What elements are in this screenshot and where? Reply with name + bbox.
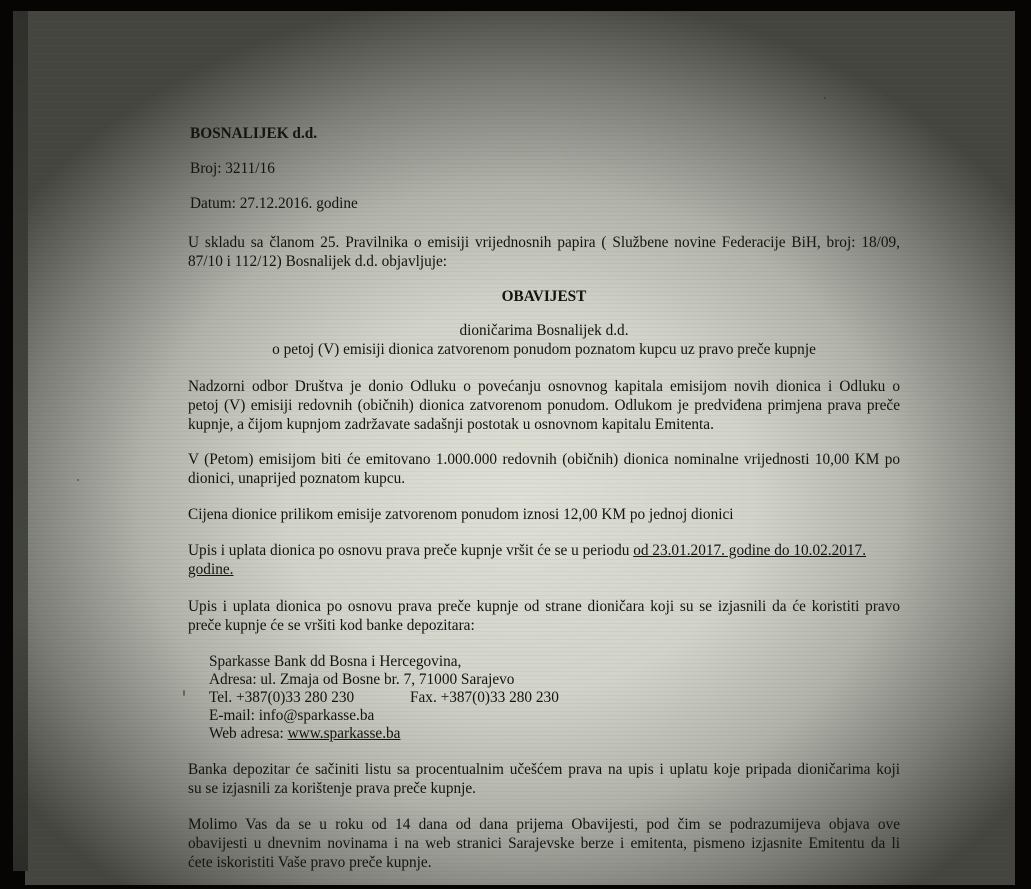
paragraph-1-line-2: petoj (V) emisiji redovnih (običnih) dio… bbox=[188, 396, 900, 415]
document-title: OBAVIJEST bbox=[188, 287, 900, 306]
paper-speck bbox=[77, 479, 79, 481]
paragraph-7-line-3: ćete iskoristiti Vaše pravo preče kupnje… bbox=[188, 853, 432, 872]
paper-speck bbox=[824, 97, 826, 99]
subtitle-line-1: dioničarima Bosnalijek d.d. bbox=[188, 321, 900, 340]
paragraph-3: Cijena dionice prilikom emisije zatvoren… bbox=[188, 505, 734, 524]
paragraph-4-line-1: Upis i uplata dionica po osnovu prava pr… bbox=[188, 541, 866, 560]
paper-speck bbox=[183, 690, 185, 696]
paragraph-7-line-2: obavijesti u dnevnim novinama i na web s… bbox=[188, 834, 900, 853]
bank-phone: Tel. +387(0)33 280 230 bbox=[209, 688, 354, 707]
intro-line-1: U skladu sa članom 25. Pravilnika o emis… bbox=[188, 233, 900, 252]
bank-web-label: Web adresa: bbox=[209, 725, 288, 742]
paragraph-5-line-1: Upis i uplata dionica po osnovu prava pr… bbox=[188, 597, 900, 616]
photo-frame: BOSNALIJEK d.d. Broj: 3211/16 Datum: 27.… bbox=[0, 0, 1031, 889]
subtitle-line-2: o petoj (V) emisiji dionica zatvorenom p… bbox=[188, 340, 900, 359]
bank-fax: Fax. +387(0)33 280 230 bbox=[410, 688, 559, 707]
paragraph-1-line-1: Nadzorni odbor Društva je donio Odluku o… bbox=[188, 377, 900, 396]
company-name: BOSNALIJEK d.d. bbox=[190, 124, 317, 143]
bank-address: Adresa: ul. Zmaja od Bosne br. 7, 71000 … bbox=[209, 670, 514, 689]
paragraph-2-line-2: dionici, unaprijed poznatom kupcu. bbox=[188, 469, 405, 488]
bank-email: E-mail: info@sparkasse.ba bbox=[209, 706, 374, 725]
paragraph-6-line-2: su se izjasnili za korištenje prava preč… bbox=[188, 779, 476, 798]
paragraph-5-line-2: preče kupnje će se vršiti kod banke depo… bbox=[188, 616, 475, 635]
bank-web-link[interactable]: www.sparkasse.ba bbox=[288, 725, 401, 742]
document-date: Datum: 27.12.2016. godine bbox=[190, 194, 358, 213]
intro-line-2: 87/10 i 112/12) Bosnalijek d.d. objavlju… bbox=[188, 252, 447, 271]
paragraph-2-line-1: V (Petom) emisijom biti će emitovano 1.0… bbox=[188, 450, 900, 469]
paragraph-6-line-1: Banka depozitar će sačiniti listu sa pro… bbox=[188, 760, 900, 779]
bank-web: Web adresa: www.sparkasse.ba bbox=[209, 724, 400, 743]
paragraph-1-line-3: kupnje, a čijom kupnjom zadržavate sadaš… bbox=[188, 415, 714, 434]
paragraph-7-line-1: Molimo Vas da se u roku od 14 dana od da… bbox=[188, 815, 900, 834]
paragraph-4-text: Upis i uplata dionica po osnovu prava pr… bbox=[188, 542, 633, 559]
bank-name: Sparkasse Bank dd Bosna i Hercegovina, bbox=[209, 652, 461, 671]
page-edge-shadow bbox=[13, 11, 28, 871]
document-page bbox=[25, 11, 1015, 885]
document-number: Broj: 3211/16 bbox=[190, 159, 275, 178]
subscription-period: od 23.01.2017. godine do 10.02.2017. bbox=[633, 542, 866, 559]
paragraph-4-line-2: godine. bbox=[188, 560, 233, 579]
